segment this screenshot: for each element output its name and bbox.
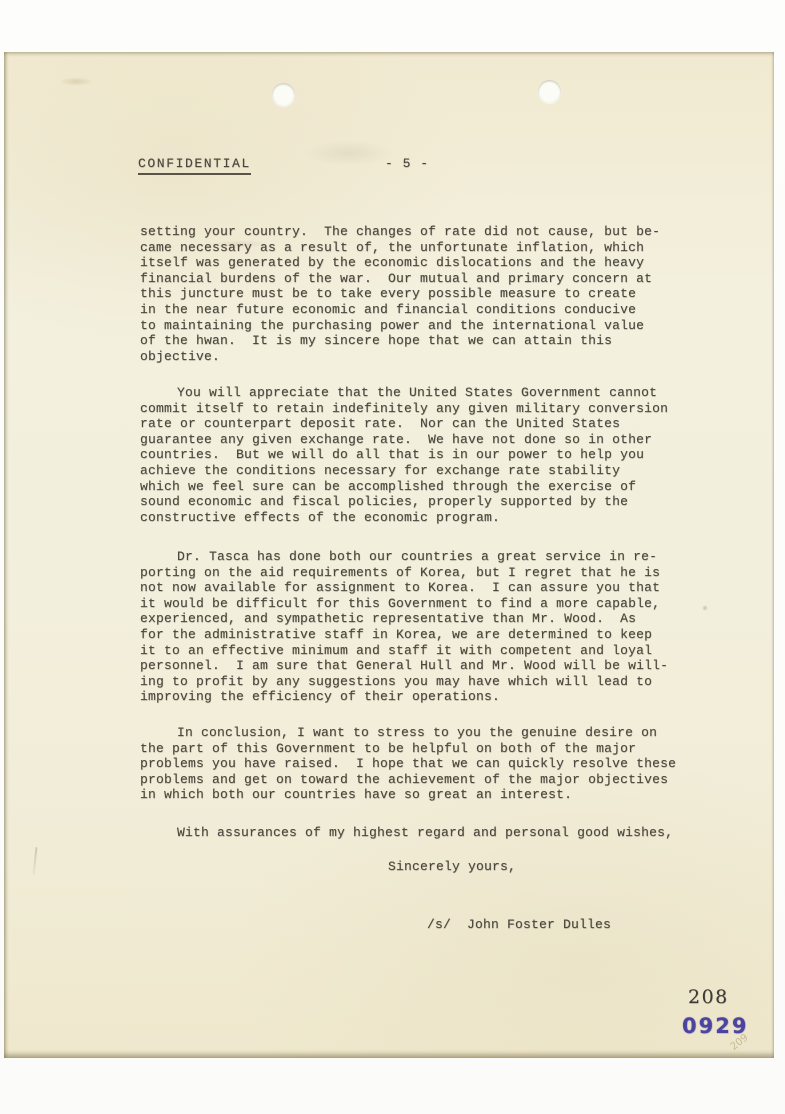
page-number: - 5 - [385,156,429,172]
punch-hole-right [538,80,561,103]
body-paragraph: Dr. Tasca has done both our countries a … [140,549,692,705]
frame-stamp-number: 0929 [682,1014,748,1038]
body-paragraph: setting your country. The changes of rat… [140,224,692,364]
body-paragraph: You will appreciate that the United Stat… [140,385,692,525]
classification-heading: CONFIDENTIAL [138,156,251,175]
paper-stain [702,605,708,611]
closing-line: With assurances of my highest regard and… [140,825,692,841]
pencil-mark [33,847,38,875]
scanned-document: CONFIDENTIAL - 5 - setting your country.… [0,0,785,1114]
body-paragraph: In conclusion, I want to stress to you t… [140,725,692,803]
punch-hole-left [272,83,295,106]
page-stamp-number: 208 [688,986,729,1008]
paper-sheet: CONFIDENTIAL - 5 - setting your country.… [4,52,774,1058]
scan-smudge [304,140,394,166]
valediction: Sincerely yours, [388,859,516,875]
paper-stain [59,77,93,86]
signature-line: /s/ John Foster Dulles [427,917,611,933]
